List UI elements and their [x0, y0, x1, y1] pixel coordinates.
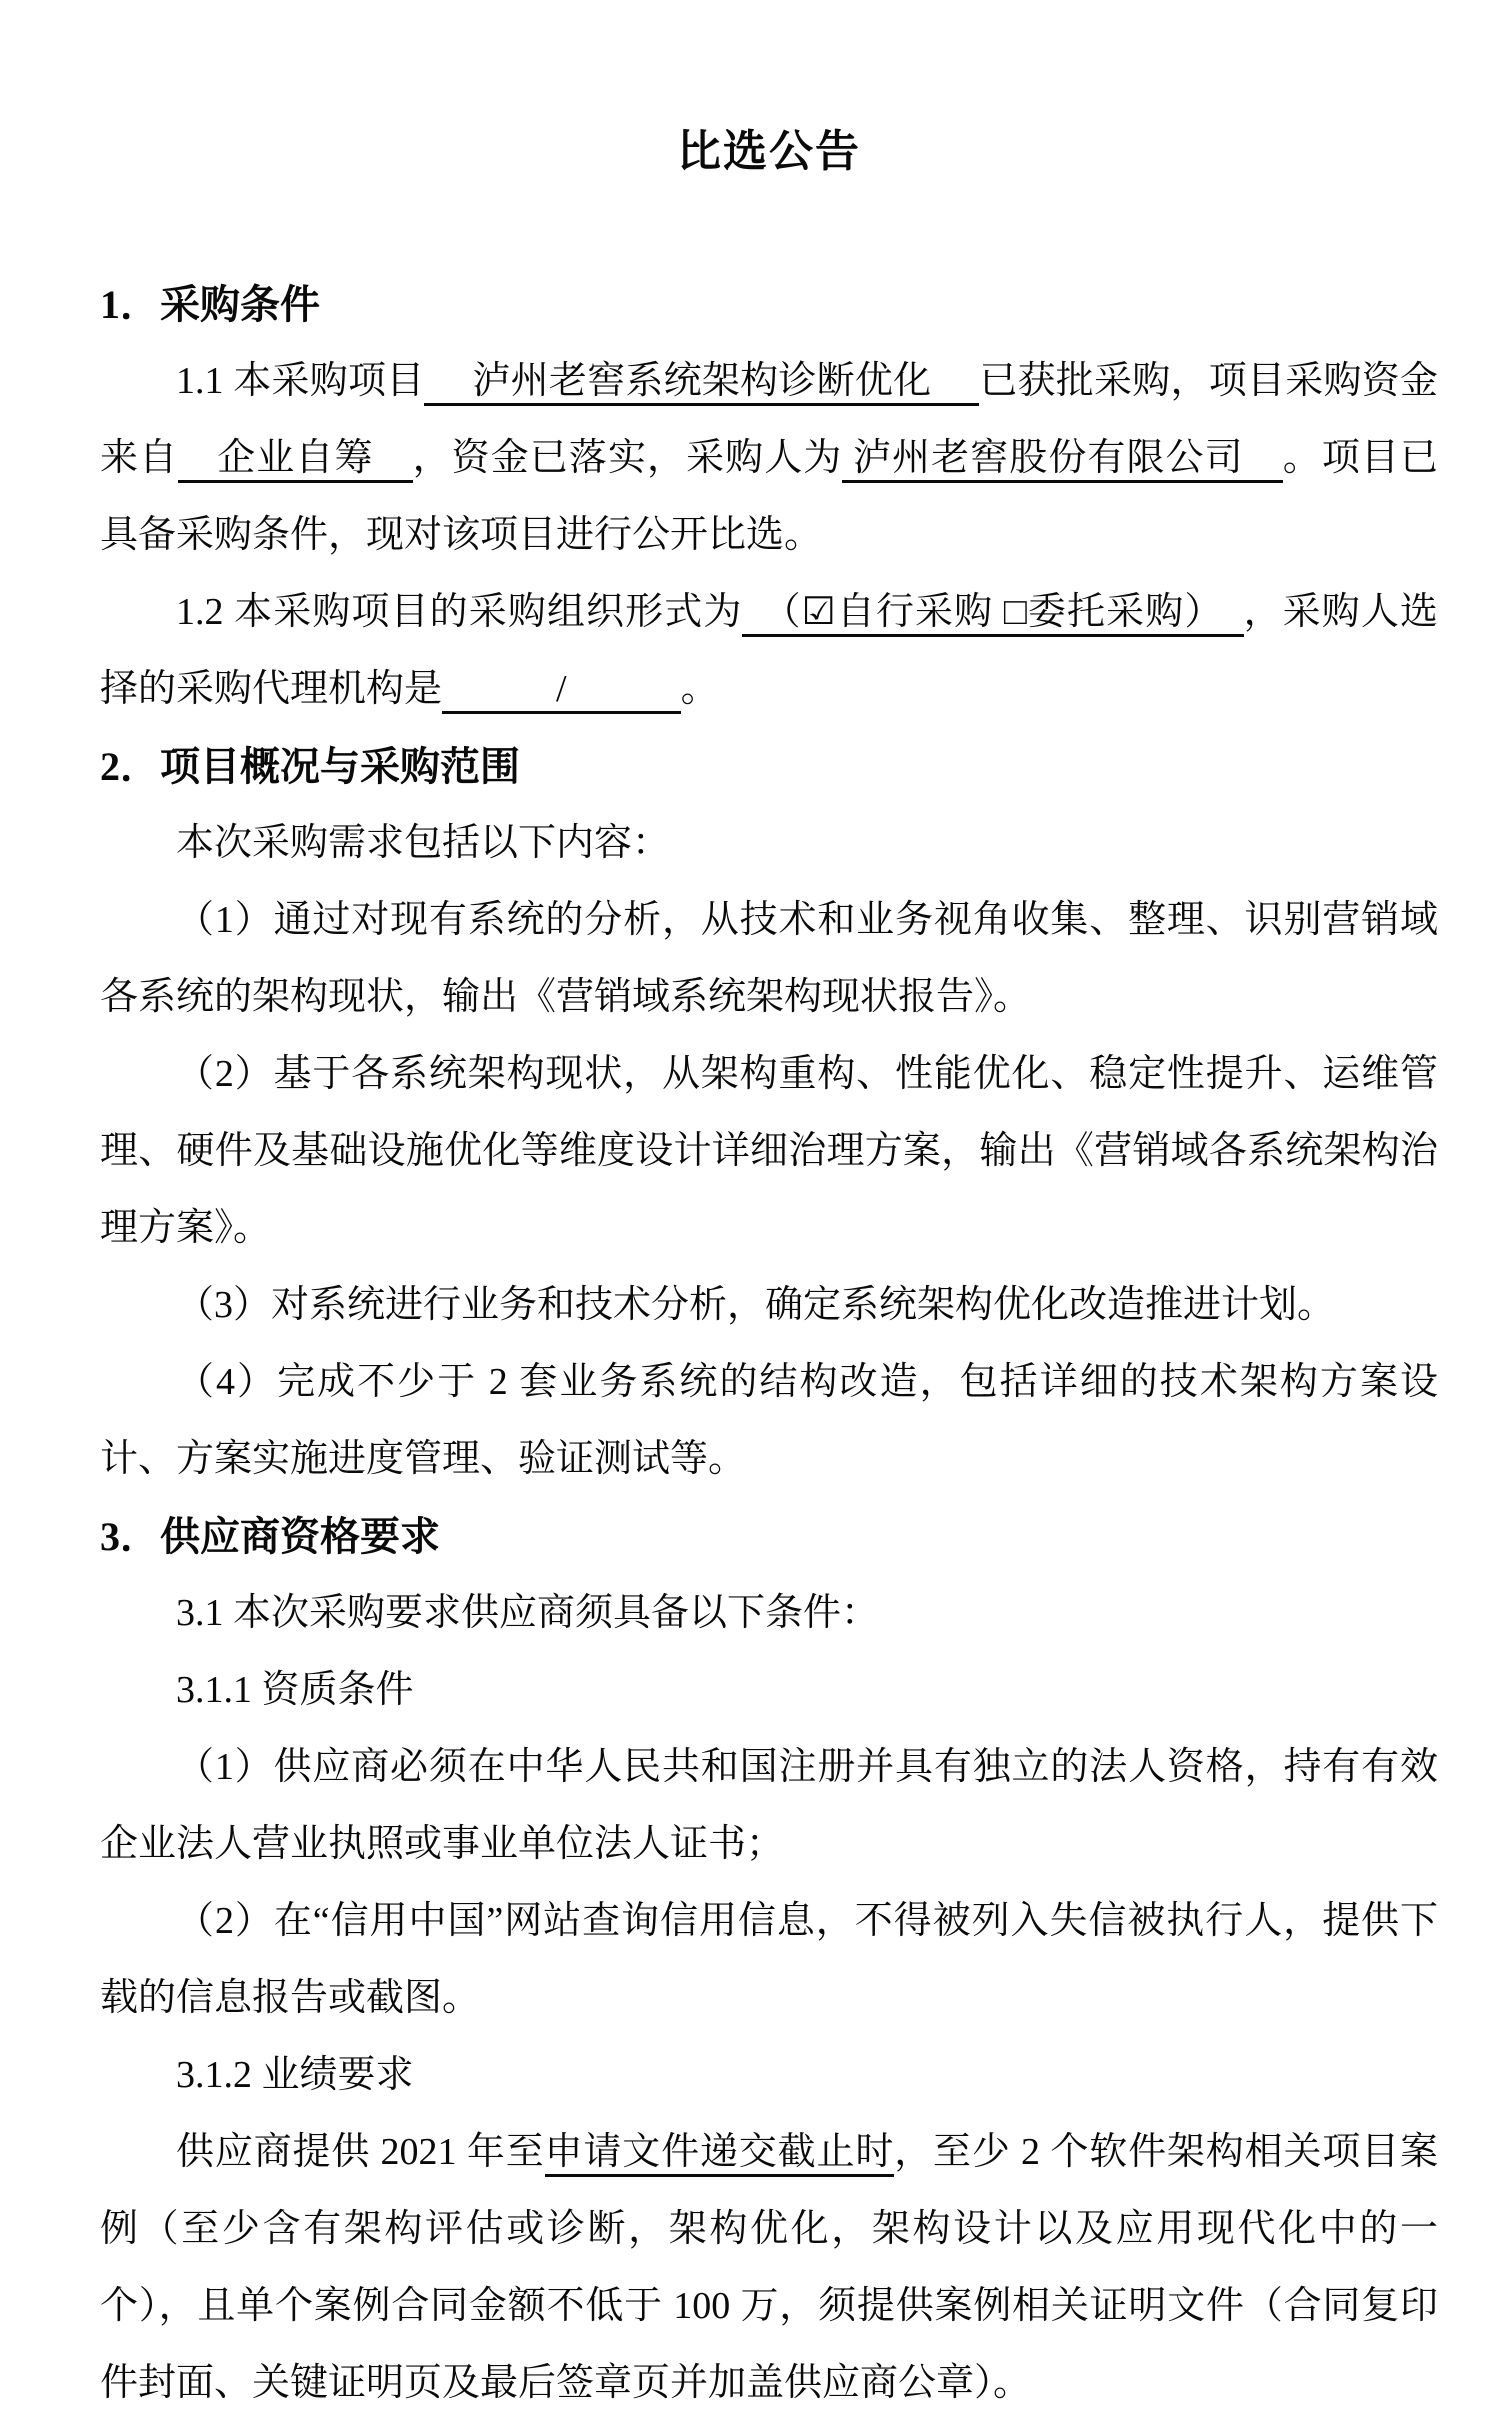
para-performance-requirement: 供应商提供 2021 年至申请文件递交截止时，至少 2 个软件架构相关项目案例（… — [100, 2114, 1438, 2422]
para-1-1: 1.1 本采购项目 泸州老窖系统架构诊断优化 已获批采购，项目采购资金来自 企业… — [100, 343, 1438, 574]
text-run: 3.1.1 资质条件 — [176, 1669, 414, 1711]
filled-blank-organization-form: （☑自行采购 □委托采购） — [742, 591, 1243, 637]
para-3-1-1-heading: 3.1.1 资质条件 — [100, 1652, 1438, 1729]
para-1-2: 1.2 本采购项目的采购组织形式为 （☑自行采购 □委托采购） ，采购人选择的采… — [100, 574, 1438, 728]
para-3-1: 3.1 本次采购要求供应商须具备以下条件： — [100, 1575, 1438, 1652]
para-requirement-item-3: （3）对系统进行业务和技术分析，确定系统架构优化改造推进计划。 — [100, 1267, 1438, 1344]
para-qualification-item-1: （1）供应商必须在中华人民共和国注册并具有独立的法人资格，持有有效企业法人营业执… — [100, 1729, 1438, 1883]
para-requirement-item-1: （1）通过对现有系统的分析，从技术和业务视角收集、整理、识别营销域各系统的架构现… — [100, 882, 1438, 1036]
text-run: （4）完成不少于 2 套业务系统的结构改造，包括详细的技术架构方案设计、方案实施… — [100, 1361, 1438, 1480]
text-run: 本次采购需求包括以下内容： — [176, 822, 670, 864]
text-run: 3.1 本次采购要求供应商须具备以下条件： — [176, 1592, 879, 1634]
doc-title: 比选公告 — [100, 128, 1438, 176]
para-qualification-item-2: （2）在“信用中国”网站查询信用信息，不得被列入失信被执行人，提供下载的信息报告… — [100, 1883, 1438, 2037]
filled-blank-project-name: 泸州老窖系统架构诊断优化 — [424, 360, 979, 406]
para-requirement-item-4: （4）完成不少于 2 套业务系统的结构改造，包括详细的技术架构方案设计、方案实施… — [100, 1344, 1438, 1498]
text-run: （1）通过对现有系统的分析，从技术和业务视角收集、整理、识别营销域各系统的架构现… — [100, 899, 1438, 1018]
section-heading-supplier-qualification: 3．供应商资格要求 — [100, 1498, 1438, 1575]
text-run: 3.1.2 业绩要求 — [176, 2054, 414, 2096]
filled-blank-fund-source: 企业自筹 — [178, 437, 412, 483]
text-run: 。 — [681, 668, 719, 710]
text-run: （2）在“信用中国”网站查询信用信息，不得被列入失信被执行人，提供下载的信息报告… — [100, 1900, 1438, 2019]
para-requirements-intro: 本次采购需求包括以下内容： — [100, 805, 1438, 882]
filled-blank-agency: / — [442, 668, 681, 714]
filled-blank-purchaser: 泸州老窖股份有限公司 — [842, 437, 1282, 483]
section-heading-procurement-conditions: 1．采购条件 — [100, 266, 1438, 343]
text-run: 1.1 本采购项目 — [176, 360, 424, 402]
underlined-deadline-phrase: 申请文件递交截止时 — [545, 2131, 895, 2177]
text-run: （1）供应商必须在中华人民共和国注册并具有独立的法人资格，持有有效企业法人营业执… — [100, 1746, 1438, 1865]
text-run: （2）基于各系统架构现状，从架构重构、性能优化、稳定性提升、运维管理、硬件及基础… — [100, 1053, 1438, 1249]
section-heading-project-overview: 2．项目概况与采购范围 — [100, 728, 1438, 805]
text-run: （3）对系统进行业务和技术分析，确定系统架构优化改造推进计划。 — [176, 1284, 1335, 1326]
text-run: 1.2 本采购项目的采购组织形式为 — [176, 591, 742, 633]
text-run: ，资金已落实，采购人为 — [413, 437, 843, 479]
text-run: 供应商提供 2021 年至 — [176, 2131, 545, 2173]
para-requirement-item-2: （2）基于各系统架构现状，从架构重构、性能优化、稳定性提升、运维管理、硬件及基础… — [100, 1036, 1438, 1267]
para-3-1-2-heading: 3.1.2 业绩要求 — [100, 2037, 1438, 2114]
document-page: 比选公告 1．采购条件 1.1 本采购项目 泸州老窖系统架构诊断优化 已获批采购… — [0, 0, 1500, 2429]
